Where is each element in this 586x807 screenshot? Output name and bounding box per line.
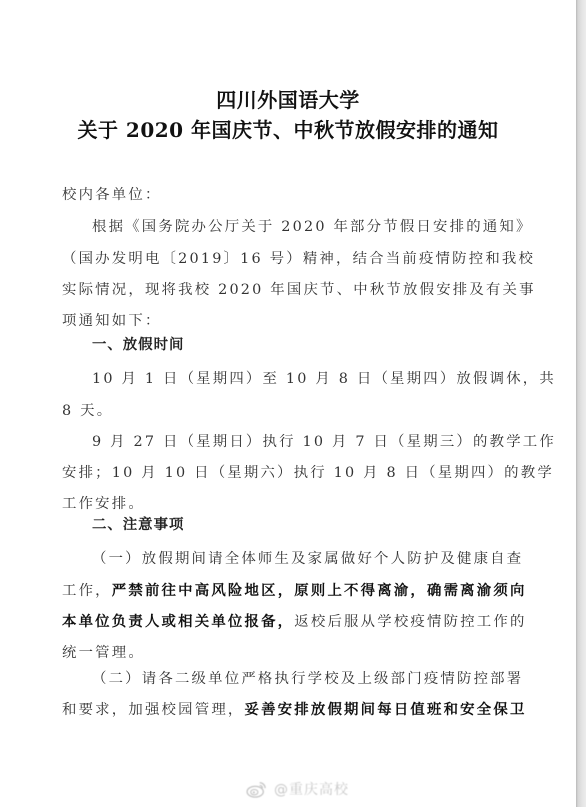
section-2-heading: 二、注意事项 [92,515,184,535]
section-2-item-1-line-3: 本单位负责人或相关单位报备，返校后服从学校疫情防控工作的 [62,612,527,632]
intro-line-4: 项通知如下： [62,311,162,331]
section-2-item-2-line-1: （二）请各二级单位严格执行学校及上级部门疫情防控部署 [92,669,523,689]
item-1-text-normal: 工作， [62,583,112,599]
weibo-watermark: @重庆高校 [246,779,349,799]
section-1-para-2-line-3: 工作安排。 [62,494,145,514]
section-1-para-2-line-1: 9 月 27 日（星期日）执行 10 月 7 日（星期三）的教学工作 [92,432,556,452]
section-2-item-1-line-1: （一）放假期间请全体师生及家属做好个人防护及健康自查 [92,549,523,569]
intro-line-3: 实际情况，现将我校 2020 年国庆节、中秋节放假安排及有关事 [62,280,536,300]
section-1-para-2-line-2: 安排；10 月 10 日（星期六）执行 10 月 8 日（星期四）的教学 [62,463,554,483]
document-page: 四川外国语大学 关于 2020 年国庆节、中秋节放假安排的通知 校内各单位： 根… [0,0,576,807]
section-1-heading: 一、放假时间 [92,335,184,355]
weibo-icon [246,780,268,798]
item-2-text-emphasis: 妥善安排放假期间每日值班和安全保卫 [245,701,527,718]
intro-line-2: （国办发明电〔2019〕16 号）精神，结合当前疫情防控和我校 [62,249,535,269]
item-1-text-emphasis-cont: 本单位负责人或相关单位报备， [62,613,294,630]
page-edge-shadow [576,0,586,807]
document-title-university: 四川外国语大学 [0,87,576,113]
item-2-text-normal: 和要求，加强校园管理， [62,702,245,718]
section-2-item-2-line-2: 和要求，加强校园管理，妥善安排放假期间每日值班和安全保卫 [62,700,527,720]
item-1-text-normal-cont: 返校后服从学校疫情防控工作的 [294,614,526,630]
section-1-para-1-line-2: 8 天。 [62,401,113,421]
section-2-item-1-line-4: 统一管理。 [62,643,145,663]
intro-line-1: 根据《国务院办公厅关于 2020 年部分节假日安排的通知》 [92,217,533,237]
section-1-para-1-line-1: 10 月 1 日（星期四）至 10 月 8 日（星期四）放假调休，共 [92,369,556,389]
item-1-text-emphasis: 严禁前往中高风险地区，原则上不得离渝，确需离渝须向 [112,582,527,599]
watermark-handle: @重庆高校 [274,779,349,799]
section-2-item-1-line-2: 工作，严禁前往中高风险地区，原则上不得离渝，确需离渝须向 [62,581,527,601]
salutation: 校内各单位： [62,185,162,205]
document-title-notice: 关于 2020 年国庆节、中秋节放假安排的通知 [0,117,576,143]
